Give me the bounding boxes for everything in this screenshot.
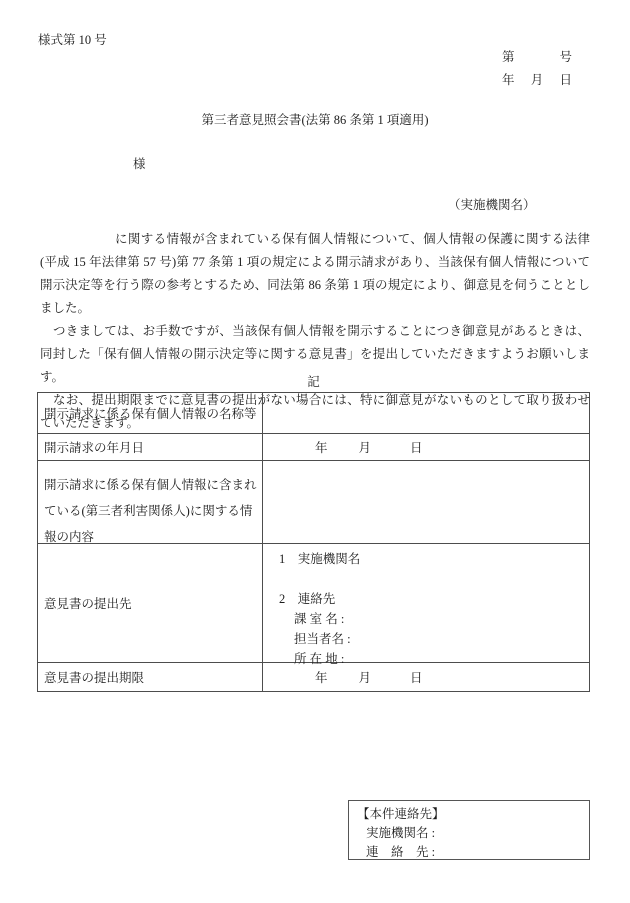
row-label: 意見書の提出先 bbox=[38, 544, 263, 662]
date-day-label: 日 bbox=[559, 70, 572, 88]
form-number: 様式第 10 号 bbox=[38, 30, 107, 48]
record-marker: 記 bbox=[37, 372, 590, 390]
contact-box-title: 【本件連絡先】 bbox=[349, 805, 589, 824]
date-month-label: 月 bbox=[531, 70, 544, 88]
destination-agency-line: 1 実施機関名 bbox=[279, 549, 589, 569]
contact-person-line: 担当者名 : bbox=[279, 629, 589, 649]
table-row-info-name: 開示請求に係る保有個人情報の名称等 bbox=[38, 393, 589, 434]
doc-number-suffix: 号 bbox=[559, 47, 572, 65]
destination-contact-line: 2 連絡先 bbox=[279, 589, 589, 609]
table-row-request-date: 開示請求の年月日 年 月 日 bbox=[38, 434, 589, 461]
row-label: 開示請求に係る保有個人情報に含まれている(第三者利害関係人)に関する情報の内容 bbox=[38, 461, 263, 543]
year-label: 年 bbox=[315, 668, 328, 686]
page-title: 第三者意見照会書(法第 86 条第 1 項適用) bbox=[0, 110, 630, 128]
blank-line bbox=[279, 569, 589, 589]
row-value-date: 年 月 日 bbox=[263, 663, 589, 691]
table-row-third-party-info: 開示請求に係る保有個人情報に含まれている(第三者利害関係人)に関する情報の内容 bbox=[38, 461, 589, 544]
month-label: 月 bbox=[359, 668, 372, 686]
day-label: 日 bbox=[410, 438, 423, 456]
document-number-line: 第 号 bbox=[502, 47, 572, 65]
day-label: 日 bbox=[410, 668, 423, 686]
header-date-line: 年 月 日 bbox=[502, 70, 572, 88]
issuer-agency-placeholder: （実施機関名） bbox=[448, 195, 536, 213]
row-value-destination: 1 実施機関名 2 連絡先 課 室 名 : 担当者名 : 所 在 地 : bbox=[263, 544, 589, 662]
addressee-honorific: 様 bbox=[133, 154, 146, 172]
paragraph-request-notice: に関する情報が含まれている保有個人情報について、個人情報の保護に関する法律(平成… bbox=[40, 228, 590, 320]
contact-info-box: 【本件連絡先】 実施機関名 : 連 絡 先 : bbox=[348, 800, 590, 860]
row-label: 意見書の提出期限 bbox=[38, 663, 263, 691]
contact-box-agency-line: 実施機関名 : bbox=[349, 824, 589, 843]
table-row-submission-deadline: 意見書の提出期限 年 月 日 bbox=[38, 663, 589, 691]
contact-section-line: 課 室 名 : bbox=[279, 609, 589, 629]
row-value-empty bbox=[263, 461, 589, 543]
inquiry-table: 開示請求に係る保有個人情報の名称等 開示請求の年月日 年 月 日 開示請求に係る… bbox=[37, 392, 590, 692]
date-year-label: 年 bbox=[502, 70, 515, 88]
document-page: 様式第 10 号 第 号 年 月 日 第三者意見照会書(法第 86 条第 1 項… bbox=[0, 0, 630, 903]
row-label: 開示請求の年月日 bbox=[38, 434, 263, 460]
doc-number-prefix: 第 bbox=[502, 47, 515, 65]
row-value-date: 年 月 日 bbox=[263, 434, 589, 460]
contact-box-contact-line: 連 絡 先 : bbox=[349, 843, 589, 862]
row-value-empty bbox=[263, 393, 589, 433]
table-row-submission-destination: 意見書の提出先 1 実施機関名 2 連絡先 課 室 名 : 担当者名 : 所 在… bbox=[38, 544, 589, 663]
row-label: 開示請求に係る保有個人情報の名称等 bbox=[38, 393, 263, 433]
year-label: 年 bbox=[315, 438, 328, 456]
month-label: 月 bbox=[359, 438, 372, 456]
